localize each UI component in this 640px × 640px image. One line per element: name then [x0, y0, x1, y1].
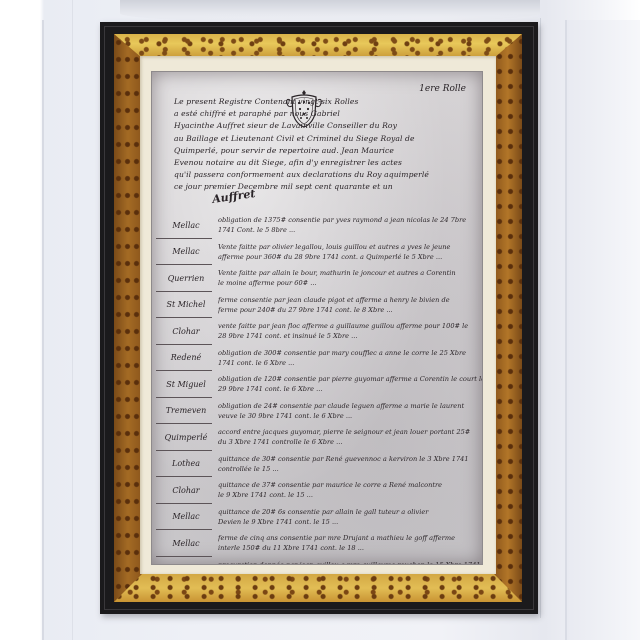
parish-name: Mellac — [156, 247, 216, 256]
register-entry: Quimperlé procuration donnée par jean gu… — [156, 557, 478, 565]
register-entries: Mellac obligation de 1375# consentie par… — [156, 212, 478, 564]
intro-line: Evenou notaire au dit Siege, afin d'y en… — [174, 157, 464, 169]
entry-line: quittance de 37# consentie par maurice l… — [218, 480, 478, 490]
parish-name: Querrien — [156, 274, 216, 283]
entry-line: quittance de 20# 6s consentie par allain… — [218, 507, 478, 517]
entry-line: obligation de 1375# consentie par yves r… — [218, 215, 478, 225]
entry-text: accord entre jacques guyomar, pierre le … — [216, 427, 478, 447]
entry-text: Vente faitte par olivier legallou, louis… — [216, 242, 478, 262]
parish-name: St Miguel — [156, 380, 216, 389]
parish-name: Redené — [156, 353, 216, 362]
register-entry: Querrien Vente faitte par allain le bour… — [156, 265, 478, 292]
entry-line: veuve le 30 9bre 1741 cont. le 6 Xbre ..… — [218, 411, 478, 421]
register-entry: St Michel ferme consentie par jean claud… — [156, 292, 478, 319]
entry-line: le moine afferme pour 60# ... — [218, 278, 478, 288]
gilt-left — [114, 34, 142, 602]
entry-text: quittance de 30# consentie par René guev… — [216, 454, 478, 474]
intro-line: qu'il passera conformement aux declarati… — [174, 169, 464, 181]
entry-line: Devien le 9 Xbre 1741 cont. le 15 ... — [218, 517, 478, 527]
register-entry: Redené obligation de 300# consentie par … — [156, 345, 478, 372]
entry-line: 29 9bre 1741 cont. le 6 Xbre ... — [218, 384, 482, 394]
entry-text: ferme de cinq ans consentie par mre Druj… — [216, 533, 478, 553]
register-entry: Clohar vente faitte par jean floc afferm… — [156, 318, 478, 345]
entry-line: Vente faitte par allain le bour, mathuri… — [218, 268, 478, 278]
entry-line: le 9 Xbre 1741 cont. le 15 ... — [218, 490, 478, 500]
register-entry: Mellac obligation de 1375# consentie par… — [156, 212, 478, 239]
register-entry: Mellac Vente faitte par olivier legallou… — [156, 239, 478, 266]
entry-text: quittance de 37# consentie par maurice l… — [216, 480, 478, 500]
intro-line: Le present Registre Contenant vingt-six … — [174, 96, 464, 108]
register-entry: Tremeven obligation de 24# consentie par… — [156, 398, 478, 425]
entry-line: 1741 Cont. le 5 8bre ... — [218, 225, 478, 235]
intro-line: Hyacinthe Auffret sieur de Lavainville C… — [174, 120, 464, 132]
parish-name: Lothea — [156, 459, 216, 468]
gilt-top — [114, 34, 522, 58]
entry-text: ferme consentie par jean claude pigot et… — [216, 295, 478, 315]
entry-line: vente faitte par jean floc afferme a gui… — [218, 321, 478, 331]
entry-line: 28 9bre 1741 cont. et insinué le 5 Xbre … — [218, 331, 478, 341]
register-entry: Quimperlé accord entre jacques guyomar, … — [156, 424, 478, 451]
parish-name: Mellac — [156, 512, 216, 521]
entry-line: ferme pour 240# du 27 9bre 1741 cont. le… — [218, 305, 478, 315]
entry-line: obligation de 120# consentie par pierre … — [218, 374, 482, 384]
parish-name: Tremeven — [156, 406, 216, 415]
entry-line: quittance de 30# consentie par René guev… — [218, 454, 478, 464]
intro-line: Quimperlé, pour servir de repertoire aud… — [174, 145, 464, 157]
register-entry: Clohar quittance de 37# consentie par ma… — [156, 477, 478, 504]
gilt-bottom — [114, 574, 522, 602]
box-flap — [566, 20, 640, 640]
entry-line: accord entre jacques guyomar, pierre le … — [218, 427, 478, 437]
entry-line: Vente faitte par olivier legallou, louis… — [218, 242, 478, 252]
intro-line: au Baillage et Lieutenant Civil et Crimi… — [174, 133, 464, 145]
parish-name: Mellac — [156, 539, 216, 548]
entry-text: obligation de 1375# consentie par yves r… — [216, 215, 478, 235]
document-heading: 1ere Rolle — [419, 84, 466, 94]
parish-name: Clohar — [156, 486, 216, 495]
entry-line: controllée le 15 ... — [218, 464, 478, 474]
parish-name: St Michel — [156, 300, 216, 309]
manuscript-page: 1ere Rolle Le present Registre Contenant… — [152, 72, 482, 564]
gilt-right — [494, 34, 522, 602]
entry-line: obligation de 24# consentie par claude l… — [218, 401, 478, 411]
entry-line: obligation de 300# consentie par mary co… — [218, 348, 478, 358]
entry-text: quittance de 20# 6s consentie par allain… — [216, 507, 478, 527]
entry-line: procuration donnée par jean guillou a mr… — [218, 560, 480, 564]
parish-name: Clohar — [156, 327, 216, 336]
entry-line: afferme pour 360# du 28 9bre 1741 cont. … — [218, 252, 478, 262]
intro-line: a esté chiffré et paraphé par nous Gabri… — [174, 108, 464, 120]
register-entry: St Miguel obligation de 120# consentie p… — [156, 371, 478, 398]
entry-text: obligation de 300# consentie par mary co… — [216, 348, 478, 368]
entry-text: obligation de 24# consentie par claude l… — [216, 401, 478, 421]
box-crease — [42, 20, 44, 640]
entry-text: procuration donnée par jean guillou a mr… — [216, 560, 480, 564]
entry-line: ferme de cinq ans consentie par mre Druj… — [218, 533, 478, 543]
register-entry: Mellac ferme de cinq ans consentie par m… — [156, 530, 478, 557]
parish-name: Mellac — [156, 221, 216, 230]
entry-text: obligation de 120# consentie par pierre … — [216, 374, 482, 394]
entry-text: Vente faitte par allain le bour, mathuri… — [216, 268, 478, 288]
box-crease — [540, 18, 541, 618]
parish-name: Quimperlé — [156, 433, 216, 442]
entry-line: 1741 cont. le 6 Xbre ... — [218, 358, 478, 368]
entry-line: interle 150# du 11 Xbre 1741 cont. le 18… — [218, 543, 478, 553]
entry-text: vente faitte par jean floc afferme a gui… — [216, 321, 478, 341]
entry-line: du 3 Xbre 1741 controlle le 6 Xbre ... — [218, 437, 478, 447]
register-entry: Lothea quittance de 30# consentie par Re… — [156, 451, 478, 478]
box-crease — [72, 0, 73, 640]
register-entry: Mellac quittance de 20# 6s consentie par… — [156, 504, 478, 531]
document-intro-paragraph: Le present Registre Contenant vingt-six … — [174, 96, 464, 194]
box-crease — [565, 20, 567, 640]
entry-line: ferme consentie par jean claude pigot et… — [218, 295, 478, 305]
box-shadow — [120, 0, 540, 22]
